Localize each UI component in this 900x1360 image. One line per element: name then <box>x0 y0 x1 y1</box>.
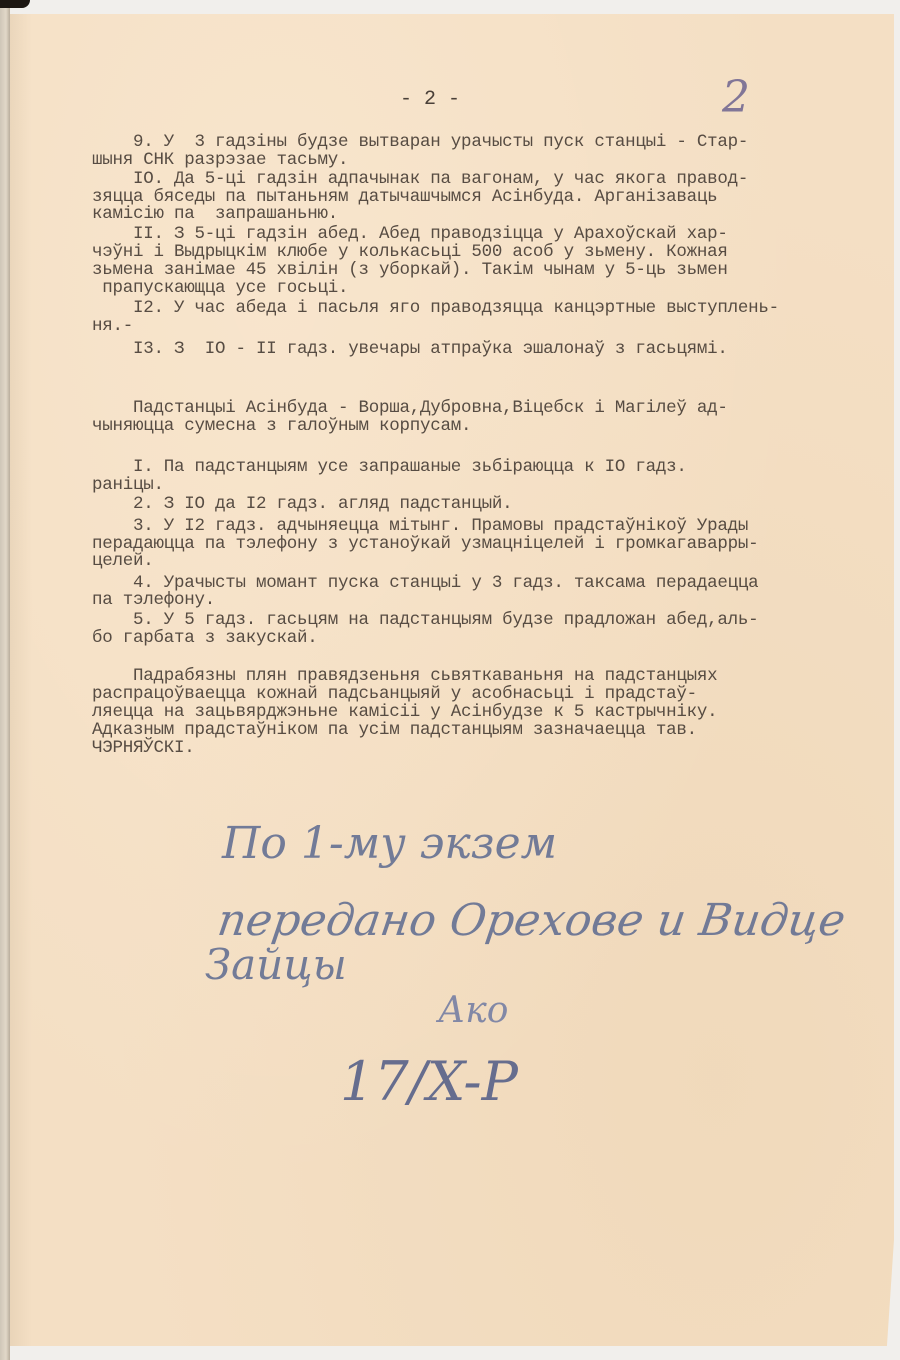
text-line: бо гарбата з закускай. <box>92 630 318 648</box>
page-number: - 2 - <box>400 88 460 111</box>
archive-page-mark: 2 <box>722 72 750 123</box>
signature: Ако <box>438 990 508 1031</box>
handwritten-line: По 1-му экзем <box>222 818 557 869</box>
text-line: 2. З IO да I2 гадз. агляд падстанцый. <box>92 496 512 514</box>
text-line: I. Па падстанцыям усе запрашаные зьбіраю… <box>92 459 687 477</box>
text-line: Адказным прадстаўніком па усім падстанцы… <box>92 722 697 740</box>
text-line: ЧЭРНЯЎСКІ. <box>92 740 195 758</box>
text-line: шыня СНК разрэзае тасьму. <box>92 152 348 170</box>
text-line: Падстанцыі Асінбуда - Ворша,Дубровна,Віц… <box>92 400 728 418</box>
text-line: I2. У час абеда і пасьля яго праводзяцца… <box>92 300 779 318</box>
text-line: зьмена занімае 45 хвілін (з уборкай). Та… <box>92 262 728 280</box>
handwritten-line: Зайцы <box>205 940 347 989</box>
handwritten-date: 17/X-Р <box>340 1050 518 1113</box>
text-line: I3. З IO - II гадз. увечары атпраўка эша… <box>92 341 728 359</box>
handwritten-line: передано Орехове и Видце <box>214 895 848 946</box>
text-line: 9. У 3 гадзіны будзе вытваран урачысты п… <box>92 134 748 152</box>
text-line: распрацоўваецца кожнай падсьанцыяй у асо… <box>92 686 697 704</box>
text-line: 5. У 5 гадз. гасьцям на падстанцыям будз… <box>92 612 758 630</box>
text-line: па тэлефону. <box>92 592 215 610</box>
text-line: Падрабязны плян правядзеньня сьвяткавань… <box>92 668 717 686</box>
text-line: перадаюцца па тэлефону з устаноўкай узма… <box>92 536 758 554</box>
text-line: раніцы. <box>92 477 164 495</box>
text-line: ляецца на зацьвярджэньне камісіі у Асінб… <box>92 704 717 722</box>
text-line: ня.- <box>92 318 133 336</box>
text-line: IO. Да 5-ці гадзін адпачынак па вагонам,… <box>92 171 748 189</box>
binding-edge <box>0 0 10 1360</box>
text-line: 3. У I2 гадз. адчыняецца мітынг. Прамовы… <box>92 518 748 536</box>
text-line: II. З 5-ці гадзін абед. Абед праводзіцца… <box>92 226 728 244</box>
text-line: целей. <box>92 553 154 571</box>
binding-clip <box>0 0 30 8</box>
page-fold-shadow <box>10 14 32 1346</box>
text-line: чэўні і Выдрыцкім клюбе у колькасьці 500… <box>92 244 728 262</box>
text-line: прапускающца усе госьці. <box>92 280 348 298</box>
text-line: камісію па запрашаньню. <box>92 206 338 224</box>
text-line: чыняюцца сумесна з галоўным корпусам. <box>92 418 471 436</box>
